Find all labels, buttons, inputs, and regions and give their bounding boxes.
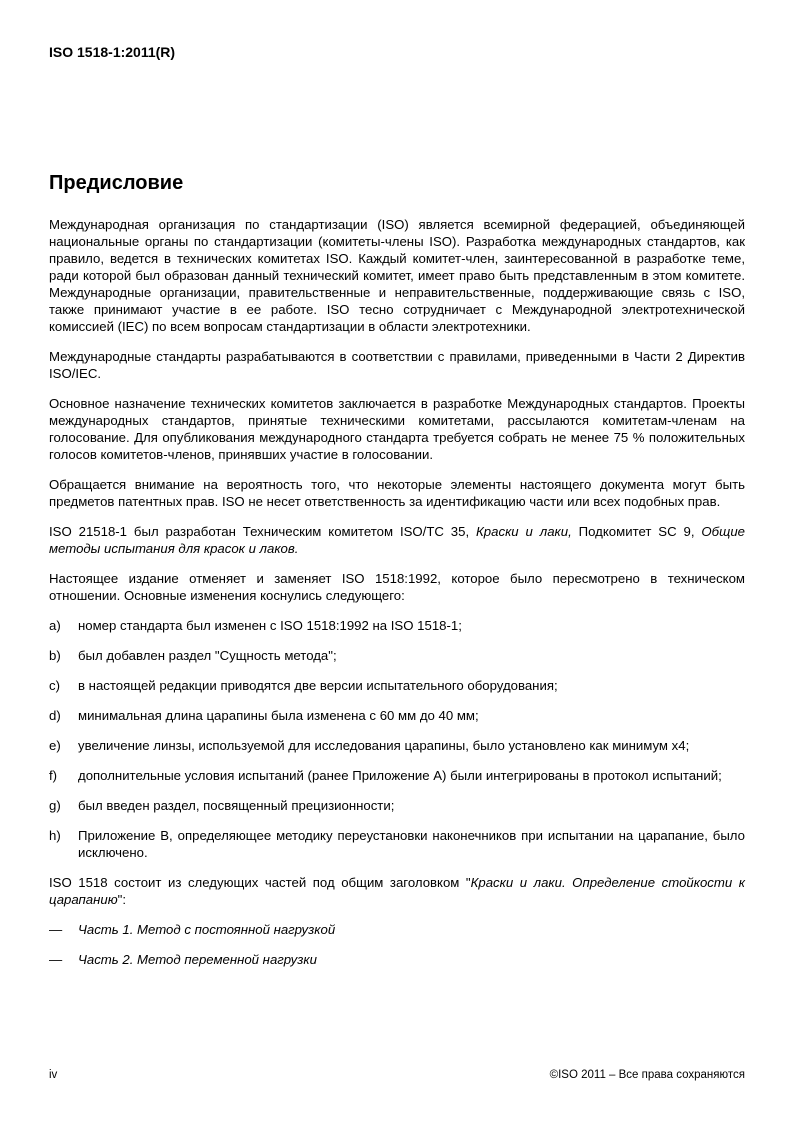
page-number: iv — [49, 1068, 57, 1082]
paragraph-iso-federation: Международная организация по стандартиза… — [49, 216, 745, 335]
list-item-text: Приложение B, определяющее методику пере… — [78, 827, 745, 861]
dash-icon: — — [49, 951, 78, 968]
list-item-text: был введен раздел, посвященный прецизион… — [78, 797, 745, 814]
list-item-text: дополнительные условия испытаний (ранее … — [78, 767, 745, 784]
paragraph-developed-by: ISO 21518-1 был разработан Техническим к… — [49, 523, 745, 557]
dash-icon: — — [49, 921, 78, 938]
text-run: ISO 21518-1 был разработан Техническим к… — [49, 524, 476, 539]
copyright-notice: ©ISO 2011 – Все права сохраняются — [550, 1068, 745, 1082]
foreword-section: Предисловие Международная организация по… — [49, 172, 745, 981]
list-item-text: был добавлен раздел "Сущность метода"; — [78, 647, 745, 664]
part-item-text: Часть 1. Метод с постоянной нагрузкой — [78, 921, 745, 938]
list-item-label: d) — [49, 707, 78, 724]
list-item-label: a) — [49, 617, 78, 634]
part-item-2: — Часть 2. Метод переменной нагрузки — [49, 951, 745, 968]
list-item-label: g) — [49, 797, 78, 814]
doc-number-header: ISO 1518-1:2011(R) — [49, 44, 175, 60]
part-item-1: — Часть 1. Метод с постоянной нагрузкой — [49, 921, 745, 938]
paragraph-replaces-edition: Настоящее издание отменяет и заменяет IS… — [49, 570, 745, 604]
list-item-g: g) был введен раздел, посвященный прециз… — [49, 797, 745, 814]
list-item-c: c) в настоящей редакции приводятся две в… — [49, 677, 745, 694]
list-item-text: минимальная длина царапины была изменена… — [78, 707, 745, 724]
section-title: Предисловие — [49, 172, 745, 194]
list-item-text: в настоящей редакции приводятся две верс… — [78, 677, 745, 694]
list-item-e: e) увеличение линзы, используемой для ис… — [49, 737, 745, 754]
paragraph-parts-intro: ISO 1518 состоит из следующих частей под… — [49, 874, 745, 908]
list-item-label: f) — [49, 767, 78, 784]
document-page: ISO 1518-1:2011(R) Предисловие Междунаро… — [0, 0, 793, 1122]
list-item-d: d) минимальная длина царапины была измен… — [49, 707, 745, 724]
paragraph-directives: Международные стандарты разрабатываются … — [49, 348, 745, 382]
list-item-a: a) номер стандарта был изменен с ISO 151… — [49, 617, 745, 634]
paragraph-committee-purpose: Основное назначение технических комитето… — [49, 395, 745, 463]
text-run: Подкомитет SC 9, — [572, 524, 702, 539]
part-item-text: Часть 2. Метод переменной нагрузки — [78, 951, 745, 968]
list-item-label: h) — [49, 827, 78, 861]
list-item-text: увеличение линзы, используемой для иссле… — [78, 737, 745, 754]
list-item-label: b) — [49, 647, 78, 664]
paragraph-patent-rights: Обращается внимание на вероятность того,… — [49, 476, 745, 510]
text-run: ISO 1518 состоит из следующих частей под… — [49, 875, 471, 890]
list-item-label: e) — [49, 737, 78, 754]
text-run: ": — [118, 892, 126, 907]
list-item-label: c) — [49, 677, 78, 694]
list-item-h: h) Приложение B, определяющее методику п… — [49, 827, 745, 861]
list-item-f: f) дополнительные условия испытаний (ран… — [49, 767, 745, 784]
text-run-italic: Краски и лаки, — [476, 524, 572, 539]
list-item-text: номер стандарта был изменен с ISO 1518:1… — [78, 617, 745, 634]
list-item-b: b) был добавлен раздел "Сущность метода"… — [49, 647, 745, 664]
page-footer: iv ©ISO 2011 – Все права сохраняются — [49, 1068, 745, 1082]
